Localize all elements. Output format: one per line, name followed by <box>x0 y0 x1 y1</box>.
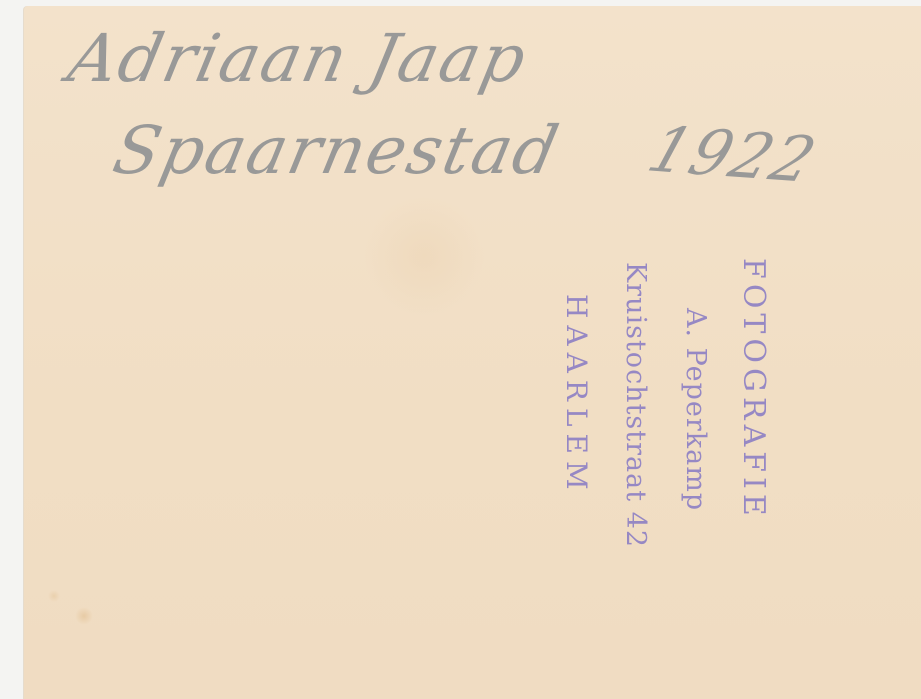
handwritten-year: 1922 <box>639 112 826 196</box>
stamp-line-photographer: A. Peperkamp <box>682 308 709 511</box>
handwritten-place: Spaarnestad <box>107 112 567 189</box>
scan-background: Adriaan Jaap Spaarnestad 1922 FOTOGRAFIE… <box>0 0 921 699</box>
handwritten-name: Adriaan Jaap <box>62 20 535 97</box>
stamp-line-fotografie: FOTOGRAFIE <box>738 258 768 521</box>
photographer-stamp: FOTOGRAFIE A. Peperkamp Kruistochtstraat… <box>560 258 770 638</box>
stamp-line-address: Kruistochtstraat 42 <box>622 262 649 548</box>
photo-card-back <box>24 6 921 699</box>
stamp-line-city: HAARLEM <box>562 294 590 497</box>
